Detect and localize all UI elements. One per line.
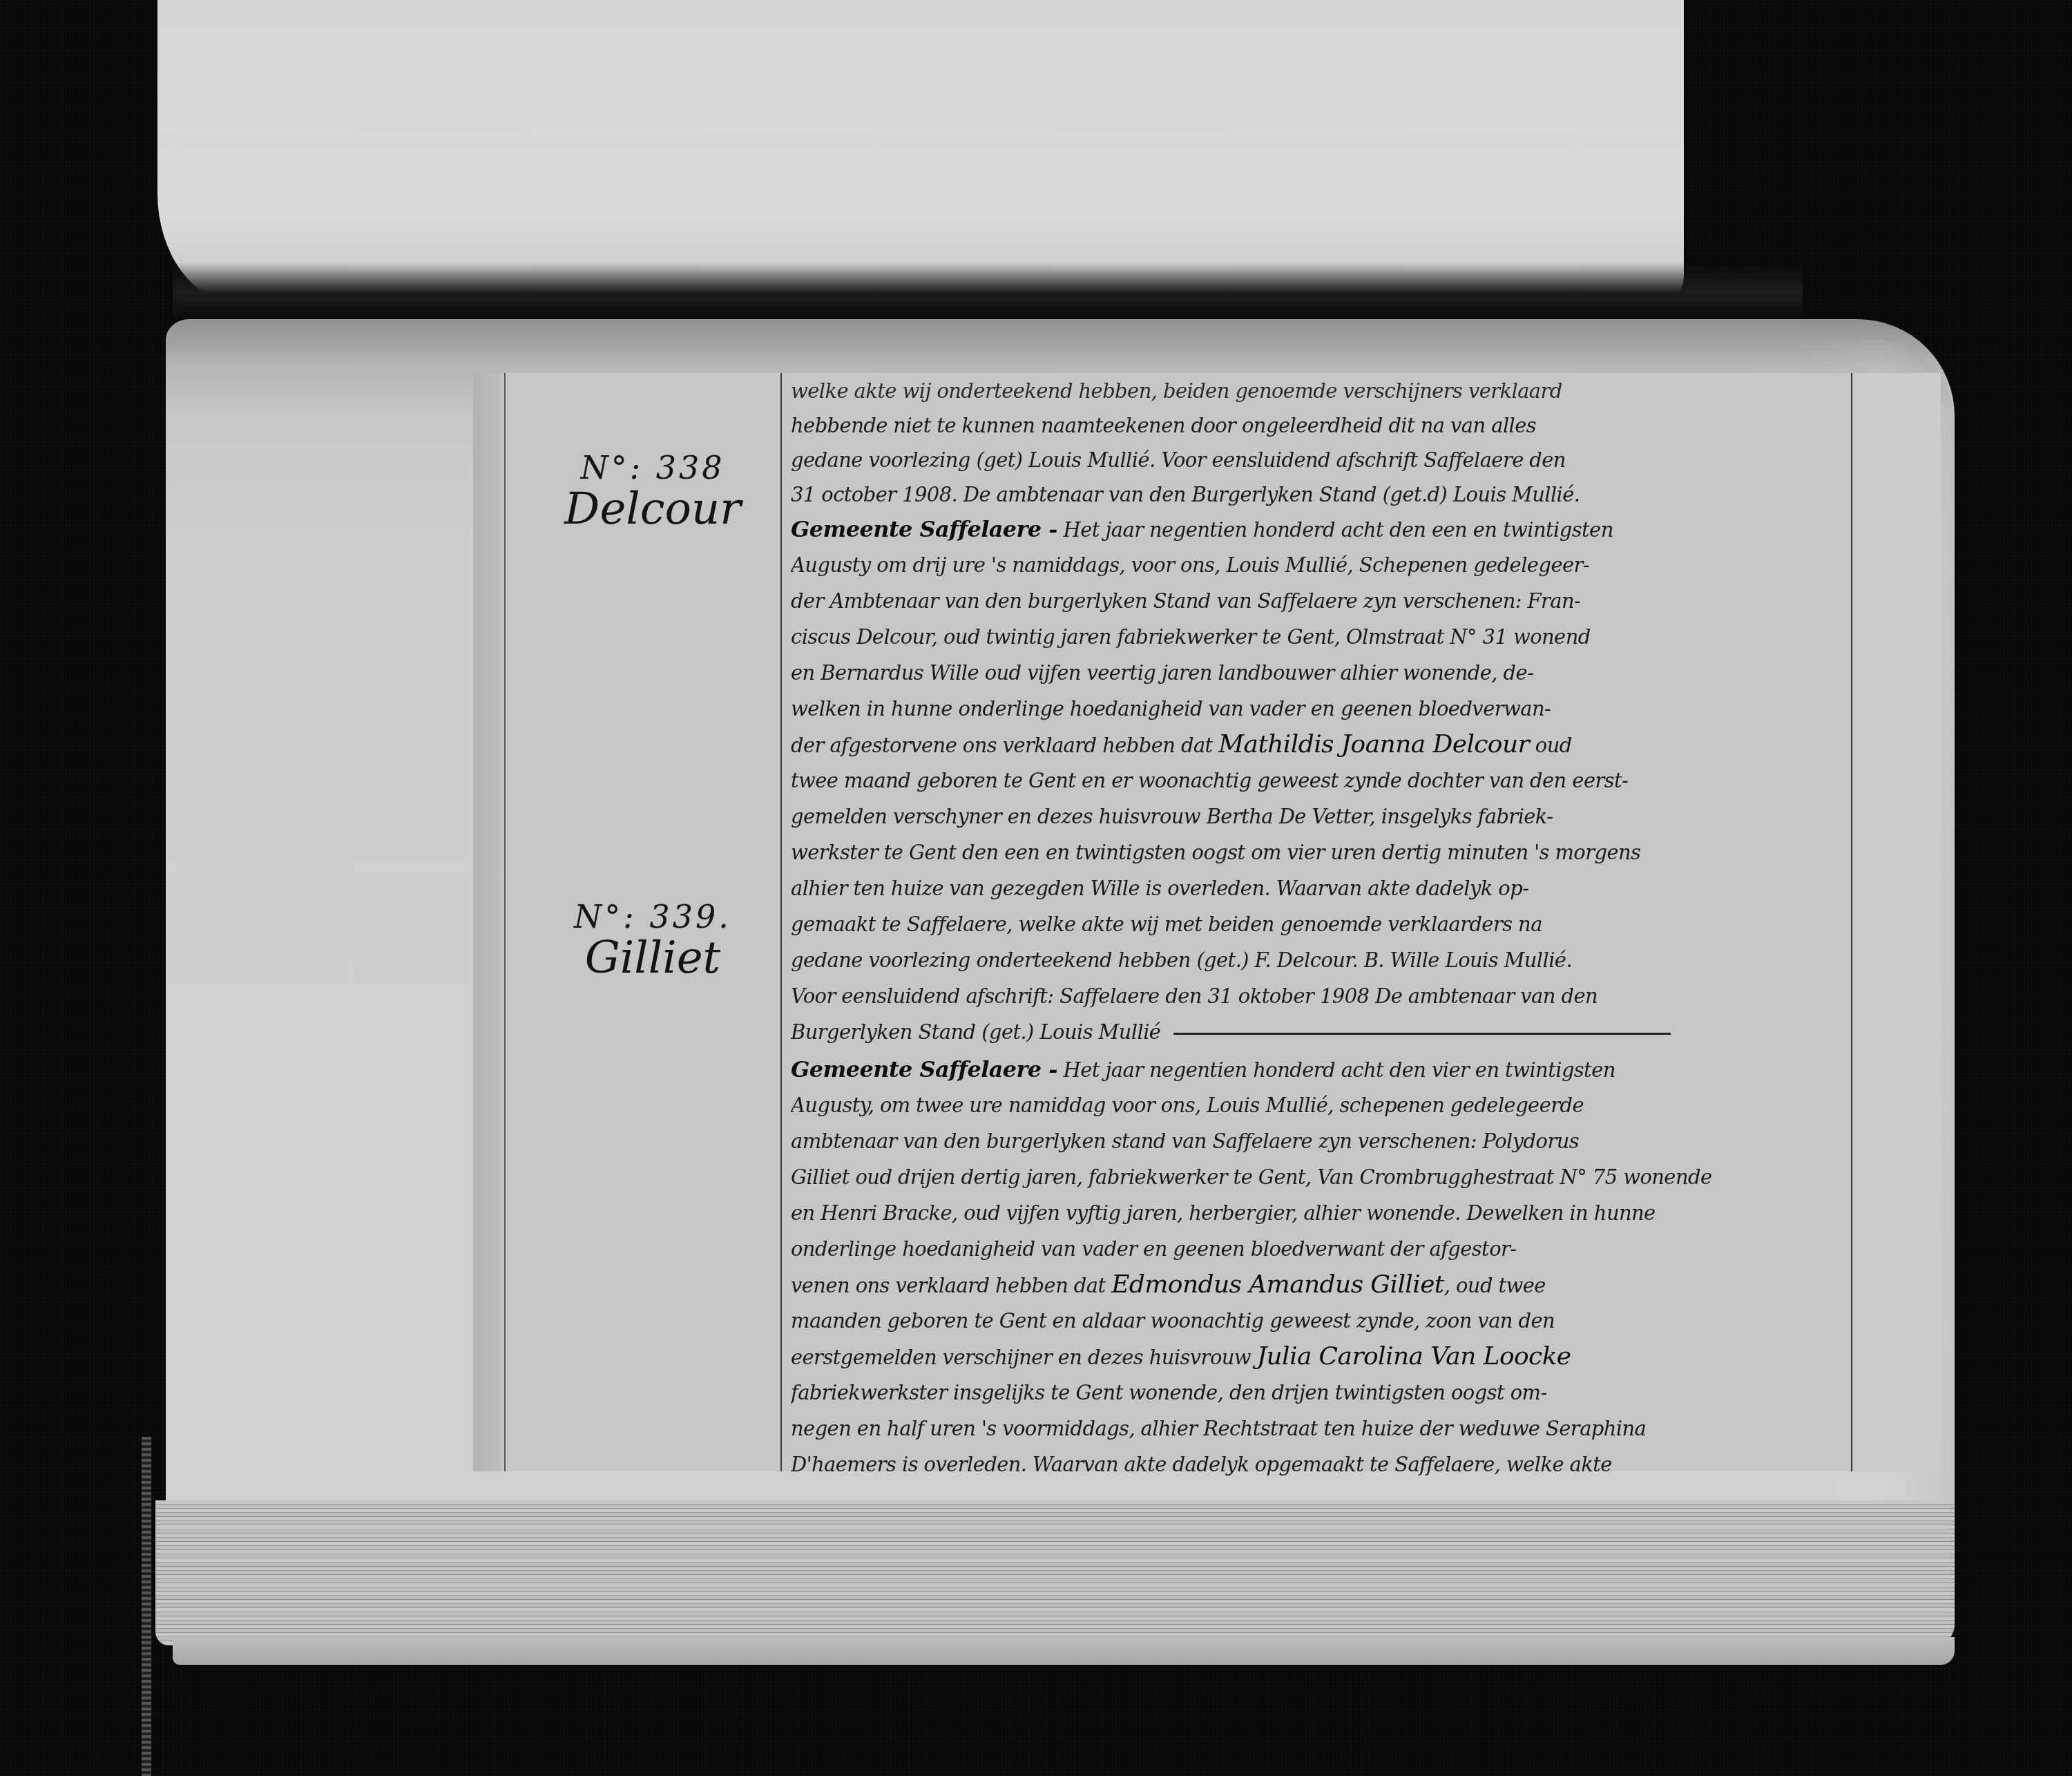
text-line: Augusty om drij ure 's namiddags, voor o… xyxy=(791,547,1848,583)
right-ruling-line xyxy=(1851,373,1852,1471)
text-line: gemaakt te Saffelaere, welke akte wij me… xyxy=(791,906,1848,942)
record-339-first-line: Gemeente Saffelaere - Het jaar negentien… xyxy=(791,1051,1848,1087)
deceased-name: Mathildis Joanna Delcour xyxy=(1218,730,1529,758)
text-line: en Bernardus Wille oud vijfen veertig ja… xyxy=(791,655,1848,691)
text-segment: , oud twee xyxy=(1444,1274,1546,1297)
text-line: werkster te Gent den een en twintigsten … xyxy=(791,834,1848,870)
text-line: ciscus Delcour, oud twintig jaren fabrie… xyxy=(791,619,1848,655)
text-segment: eerstgemelden verschijner en dezes huisv… xyxy=(791,1346,1251,1369)
text-segment: Het jaar negentien honderd acht den een … xyxy=(1063,518,1613,542)
text-line: Voor eensluidend afschrift: Saffelaere d… xyxy=(791,978,1848,1014)
text-line: 31 october 1908. De ambtenaar van den Bu… xyxy=(791,477,1848,513)
margin-ruling-line xyxy=(780,373,782,1471)
left-ruling-line xyxy=(504,373,506,1471)
record-number: N°: 339. xyxy=(535,898,770,935)
record-338-first-line: Gemeente Saffelaere - Het jaar negentien… xyxy=(791,511,1848,547)
text-line: en Henri Bracke, oud vijfen vyftig jaren… xyxy=(791,1195,1848,1231)
record-surname: Delcour xyxy=(535,484,770,535)
record-heading: Gemeente Saffelaere - xyxy=(791,1056,1057,1082)
text-line: ambtenaar van den burgerlyken stand van … xyxy=(791,1123,1848,1159)
text-line: welken in hunne onderlinge hoedanigheid … xyxy=(791,691,1848,727)
record-339-deceased-line: venen ons verklaard hebben dat Edmondus … xyxy=(791,1267,1848,1303)
text-line: fabriekwerkster insgelijks te Gent wonen… xyxy=(791,1375,1848,1411)
text-line: negen en half uren 's voormiddags, alhie… xyxy=(791,1411,1848,1446)
text-segment: der afgestorvene ons verklaard hebben da… xyxy=(791,734,1213,757)
record-338-closing-line: Burgerlyken Stand (get.) Louis Mullié xyxy=(791,1014,1848,1050)
record-number: N°: 338 xyxy=(535,449,770,486)
text-line: welke akte wij onderteekend hebben, beid… xyxy=(791,373,1848,409)
margin-note-338: N°: 338 Delcour xyxy=(535,449,770,535)
text-line: gemelden verschyner en dezes huisvrouw B… xyxy=(791,799,1848,834)
mother-name: Julia Carolina Van Loocke xyxy=(1257,1342,1571,1371)
text-line: D'haemers is overleden. Waarvan akte dad… xyxy=(791,1446,1848,1482)
text-line: Augusty, om twee ure namiddag voor ons, … xyxy=(791,1087,1848,1123)
text-segment: Burgerlyken Stand (get.) Louis Mullié xyxy=(791,1020,1160,1044)
page-gutter-shadow xyxy=(173,262,1803,318)
previous-page-curl xyxy=(157,0,1684,304)
text-line: twee maand geboren te Gent en er woonach… xyxy=(791,763,1848,799)
text-line: gedane voorlezing onderteekend hebben (g… xyxy=(791,942,1848,978)
text-line: Gilliet oud drijen dertig jaren, fabriek… xyxy=(791,1159,1848,1195)
text-line: hebbende niet te kunnen naamteekenen doo… xyxy=(791,408,1848,443)
record-surname: Gilliet xyxy=(535,933,770,984)
text-segment: venen ons verklaard hebben dat xyxy=(791,1274,1106,1297)
deceased-name: Edmondus Amandus Gilliet xyxy=(1111,1270,1444,1299)
right-margin-strip xyxy=(1854,373,1941,1471)
text-segment: Het jaar negentien honderd acht den vier… xyxy=(1063,1058,1615,1082)
record-339-mother-line: eerstgemelden verschijner en dezes huisv… xyxy=(791,1339,1848,1375)
closing-rule xyxy=(1173,1033,1671,1035)
sheet-left-shadow xyxy=(473,373,501,1471)
book-fore-edge xyxy=(155,1500,1955,1645)
record-338-deceased-line: der afgestorvene ons verklaard hebben da… xyxy=(791,727,1848,763)
text-line: gedane voorlezing (get) Louis Mullié. Vo… xyxy=(791,442,1848,478)
book-spine-strap xyxy=(142,1437,151,1776)
text-line: onderlinge hoedanigheid van vader en gee… xyxy=(791,1231,1848,1267)
register-sheet: N°: 338 Delcour N°: 339. Gilliet welke a… xyxy=(473,373,1941,1471)
book-bottom-cover xyxy=(173,1637,1955,1665)
text-line: maanden geboren te Gent en aldaar woonac… xyxy=(791,1303,1848,1339)
text-line: alhier ten huize van gezegden Wille is o… xyxy=(791,870,1848,906)
text-segment: oud xyxy=(1535,734,1572,757)
text-line: der Ambtenaar van den burgerlyken Stand … xyxy=(791,583,1848,619)
margin-note-339: N°: 339. Gilliet xyxy=(535,898,770,984)
record-heading: Gemeente Saffelaere - xyxy=(791,516,1057,542)
